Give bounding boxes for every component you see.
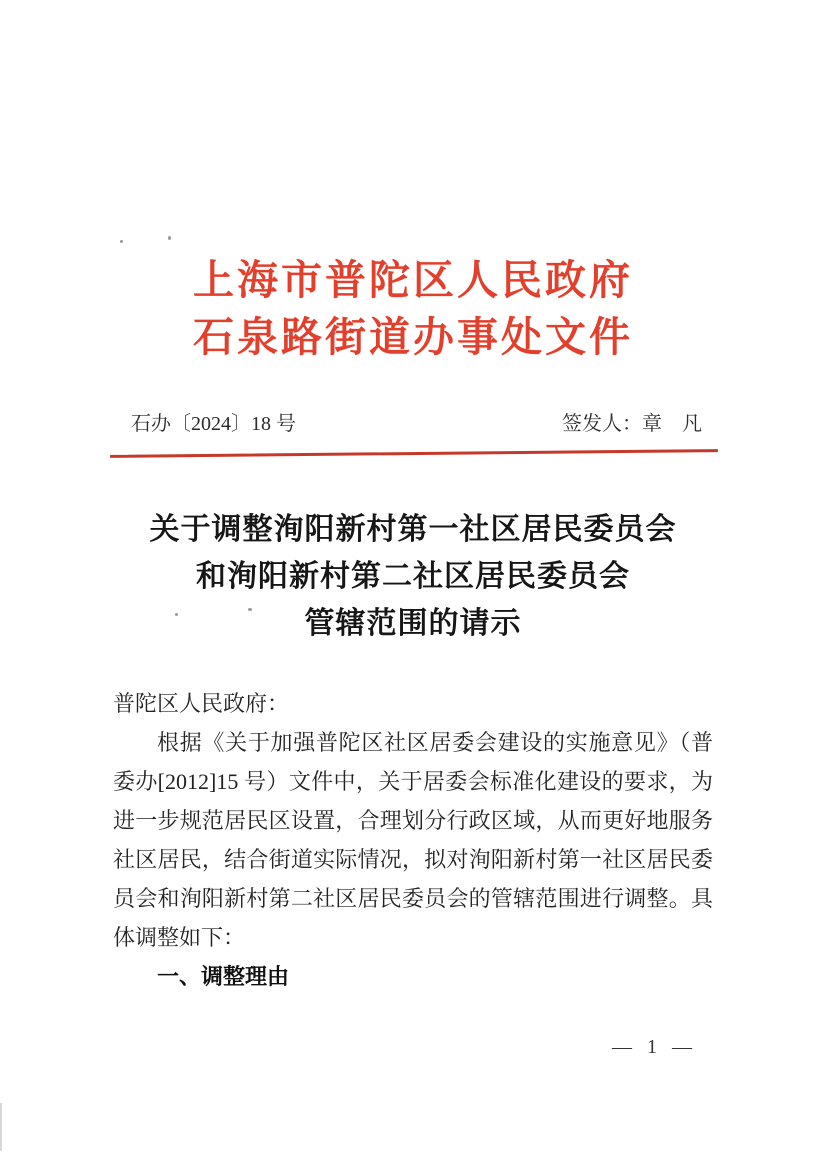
body-line: 委办[2012]15 号）文件中，关于居委会标准化建设的要求，为 bbox=[113, 762, 713, 801]
body-line: 社区居民，结合街道实际情况，拟对洵阳新村第一社区居民委 bbox=[113, 840, 713, 879]
document-title: 关于调整洵阳新村第一社区居民委员会 和洵阳新村第二社区居民委员会 管辖范围的请示 bbox=[0, 506, 826, 647]
doc-number: 石办〔2024〕18 号 bbox=[131, 410, 296, 438]
scan-speck bbox=[175, 613, 178, 616]
body-line: 员会和洵阳新村第二社区居民委员会的管辖范围进行调整。具 bbox=[113, 879, 713, 918]
document-page: 上海市普陀区人民政府 石泉路街道办事处文件 石办〔2024〕18 号 签发人：章… bbox=[0, 0, 826, 1169]
signer-info: 签发人：章 凡 bbox=[562, 410, 702, 438]
page-number: — 1 — bbox=[612, 1036, 697, 1059]
body-line: 根据《关于加强普陀区社区居委会建设的实施意见》（普 bbox=[113, 723, 713, 762]
letterhead: 上海市普陀区人民政府 石泉路街道办事处文件 bbox=[0, 252, 826, 366]
document-body: 普陀区人民政府： 根据《关于加强普陀区社区居委会建设的实施意见》（普 委办[20… bbox=[113, 684, 713, 996]
document-title-line3: 管辖范围的请示 bbox=[0, 600, 826, 647]
scan-edge-artifact bbox=[0, 1103, 2, 1151]
document-title-line1: 关于调整洵阳新村第一社区居民委员会 bbox=[0, 506, 826, 553]
scan-speck bbox=[120, 240, 123, 243]
document-meta-row: 石办〔2024〕18 号 签发人：章 凡 bbox=[131, 410, 702, 438]
scan-speck bbox=[248, 608, 252, 611]
body-line: 进一步规范居民区设置，合理划分行政区域，从而更好地服务 bbox=[113, 801, 713, 840]
letterhead-org-line2: 石泉路街道办事处文件 bbox=[0, 309, 826, 366]
scan-speck bbox=[168, 236, 171, 240]
red-divider-rule bbox=[110, 449, 718, 458]
document-title-line2: 和洵阳新村第二社区居民委员会 bbox=[0, 553, 826, 600]
letterhead-org-line1: 上海市普陀区人民政府 bbox=[0, 252, 826, 309]
body-line-salutation: 普陀区人民政府： bbox=[113, 684, 713, 723]
body-line: 体调整如下： bbox=[113, 918, 713, 957]
section-heading: 一、调整理由 bbox=[113, 957, 713, 996]
